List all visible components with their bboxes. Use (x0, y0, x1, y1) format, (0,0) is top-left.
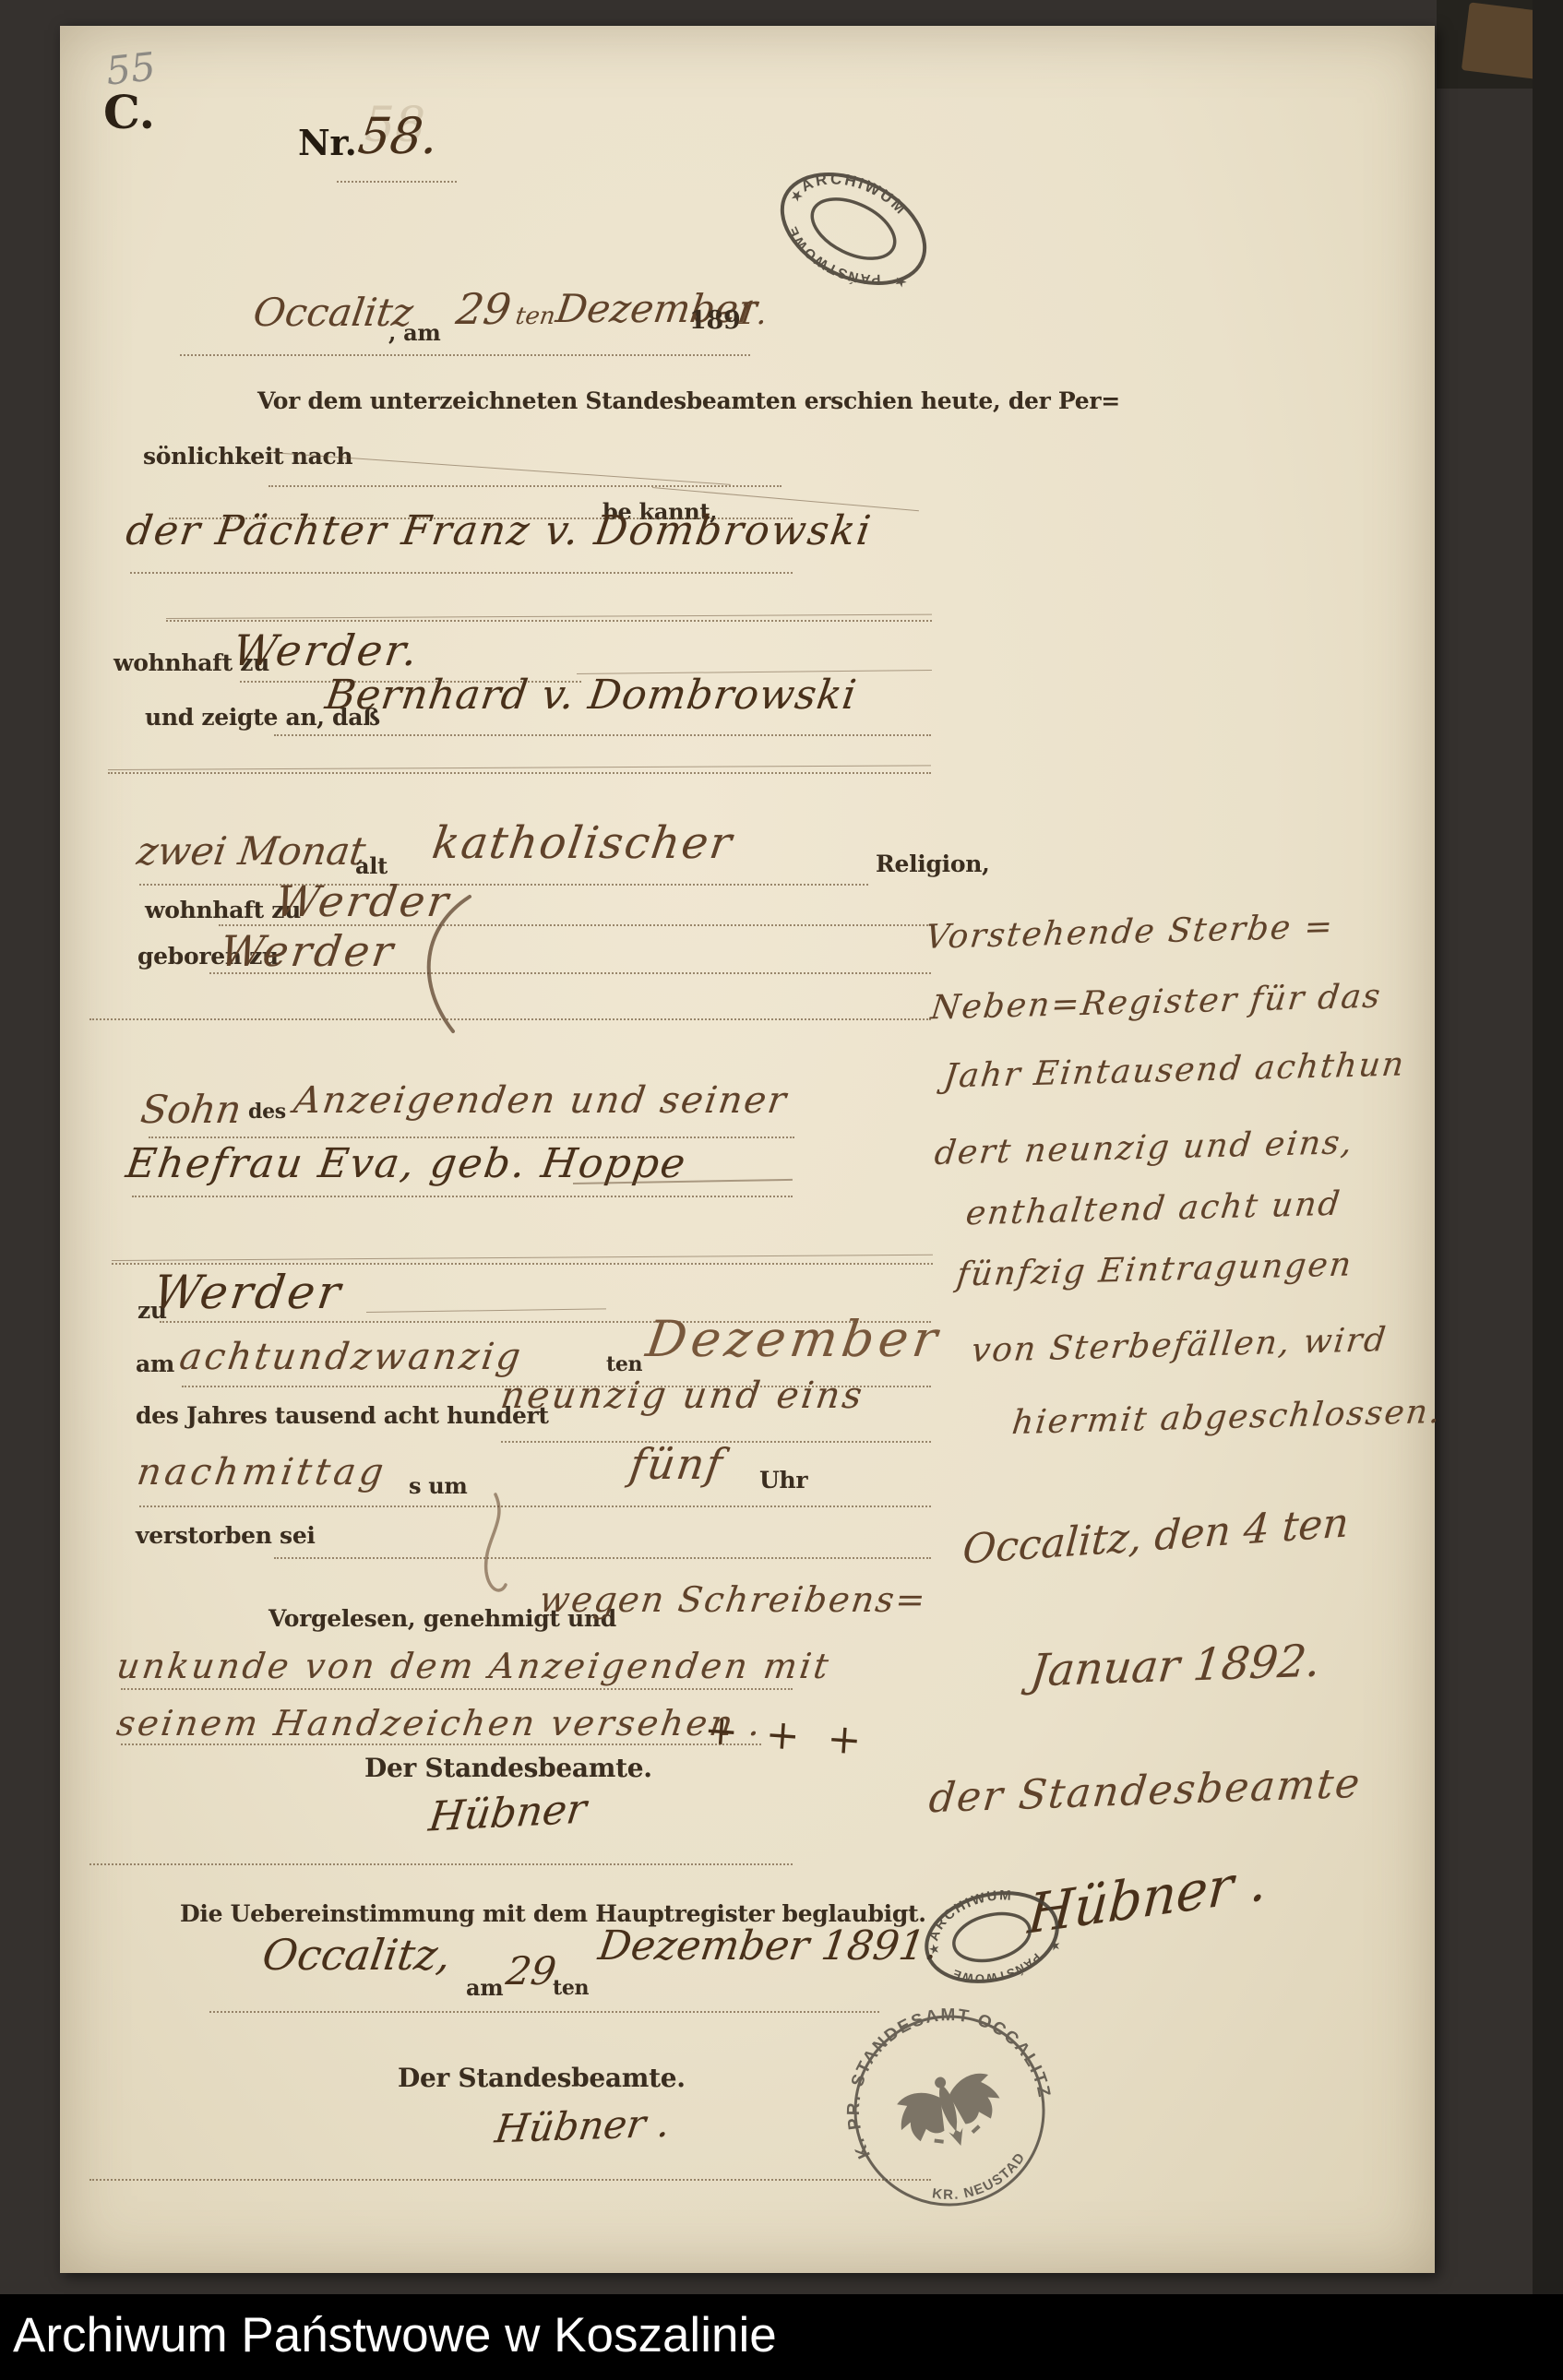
margin-note-line-3: Jahr Eintausend achthun (942, 1045, 1408, 1095)
religion-value: katholischer (429, 817, 736, 869)
alt-label: alt (355, 852, 388, 879)
margin-note-line-4: dert neunzig und eins, (933, 1124, 1356, 1172)
dateline-am-label: , am (388, 319, 440, 346)
archive-oval-stamp: ARCHIWUM PAŃSTWOWE ★ ★ (735, 120, 971, 339)
death-year: neunzig und eins (498, 1374, 867, 1417)
record-number-label: Nr. (298, 122, 357, 163)
margin-note-line-8: hiermit abgeschlossen. (1010, 1393, 1444, 1442)
record-number-value: 58. (355, 107, 443, 165)
death-day: achtundzwanzig (177, 1336, 526, 1378)
death-daytime: nachmittag (135, 1451, 390, 1493)
des-label: des (248, 1100, 286, 1124)
stamp-star-right: ★ (891, 270, 911, 292)
margin-note-line-7: von Sterbefällen, wird (970, 1321, 1390, 1370)
scanned-register-photo: 55 58 C. Nr. 58. ARCHIWUM PAŃSTWOWE ★ ★ … (0, 0, 1563, 2380)
margin-official: der Standesbeamte (926, 1760, 1363, 1823)
death-place: Werder (150, 1266, 346, 1319)
closing-hw1: wegen Schreibens= (537, 1579, 930, 1620)
stamp-star-right: ★ (1048, 1937, 1063, 1955)
official-label-1: Der Standesbeamte. (364, 1753, 652, 1783)
handzeichen-marks: + + + (702, 1707, 870, 1765)
margin-note-line-5: enthaltend acht und (964, 1185, 1343, 1233)
signature-2: Hübner . (493, 2100, 674, 2152)
certification-ten-label: ten (553, 1976, 589, 2000)
margin-note-line-6: fünfzig Eintragungen (955, 1245, 1355, 1293)
uhr-label: Uhr (759, 1467, 807, 1493)
dateline-ten: ten (514, 303, 557, 330)
registry-round-stamp: K. PR. STANDESAMT OCCALITZ KR. NEUSTADT … (819, 1981, 1080, 2241)
book-binding-edge (1533, 0, 1563, 2380)
margin-date-line-2: Januar 1892. (1028, 1635, 1323, 1696)
archive-footer-label: Archiwum Państwowe w Koszalinie (13, 2307, 777, 2363)
age-value: zwei Monat (135, 828, 369, 874)
parents-line2: Ehefrau Eva, geb. Hoppe (123, 1140, 689, 1187)
svg-text:K. PR. STANDESAMT OCCALITZ: K. PR. STANDESAMT OCCALITZ (819, 1981, 1056, 2162)
margin-date-line-1: Occalitz, den 4 ten (961, 1499, 1351, 1574)
certification-am-label: am (466, 1974, 503, 2001)
dateline-year-written: 1. (734, 295, 770, 332)
death-hour: fünf (626, 1439, 727, 1489)
death-ten-label: ten (606, 1352, 642, 1376)
wohnhaft-value-1: Werder. (230, 625, 424, 675)
official-label-2: Der Standesbeamte. (398, 2063, 686, 2093)
archive-footer-bar: Archiwum Państwowe w Koszalinie (0, 2294, 1563, 2380)
register-page: 55 58 C. Nr. 58. ARCHIWUM PAŃSTWOWE ★ ★ … (60, 26, 1435, 2273)
margin-note-line-1: Vorstehende Sterbe = (924, 908, 1336, 957)
certification-place: Occalitz, (259, 1930, 454, 1980)
declarant-name: der Pächter Franz v. Dombrowski (123, 507, 875, 554)
margin-note-line-2: Neben=Register für das (929, 978, 1384, 1028)
am-label: am (136, 1351, 174, 1377)
intro-line1: Vor dem unterzeichneten Standesbeamten e… (257, 387, 1120, 414)
jahr-label: des Jahres tausend acht hundert (136, 1402, 549, 1429)
geboren-value: Werder (217, 926, 399, 976)
certification-date: Dezember 1891. (595, 1922, 941, 1969)
death-month: Dezember (643, 1310, 946, 1368)
signature-1: Hübner (426, 1785, 589, 1840)
ink-s-flourish (464, 1487, 519, 1607)
dateline-day: 29 (453, 284, 514, 334)
certification-day: 29 (504, 1948, 559, 1993)
verstorben-label: verstorben sei (136, 1522, 316, 1549)
closing-hw3: seinem Handzeichen versehen . (114, 1703, 766, 1743)
sohn-value: Sohn (138, 1087, 245, 1132)
svg-text:ARCHIWUM: ARCHIWUM (793, 149, 914, 239)
parents-line1: Anzeigenden und seiner (292, 1079, 791, 1122)
deceased-name: Bernhard v. Dombrowski (322, 672, 859, 719)
book-page-edges (1437, 24, 1533, 2273)
prussian-eagle-icon (889, 2062, 1010, 2162)
religion-label: Religion, (876, 851, 990, 877)
dateline-year-printed: 189 (689, 306, 740, 335)
s-um-label: s um (409, 1472, 468, 1499)
ink-bracket-flourish (403, 891, 486, 1039)
form-letter: C. (103, 85, 155, 139)
stamp-star-left: ★ (927, 1941, 942, 1958)
closing-hw2: unkunde von dem Anzeigenden mit (114, 1646, 834, 1686)
